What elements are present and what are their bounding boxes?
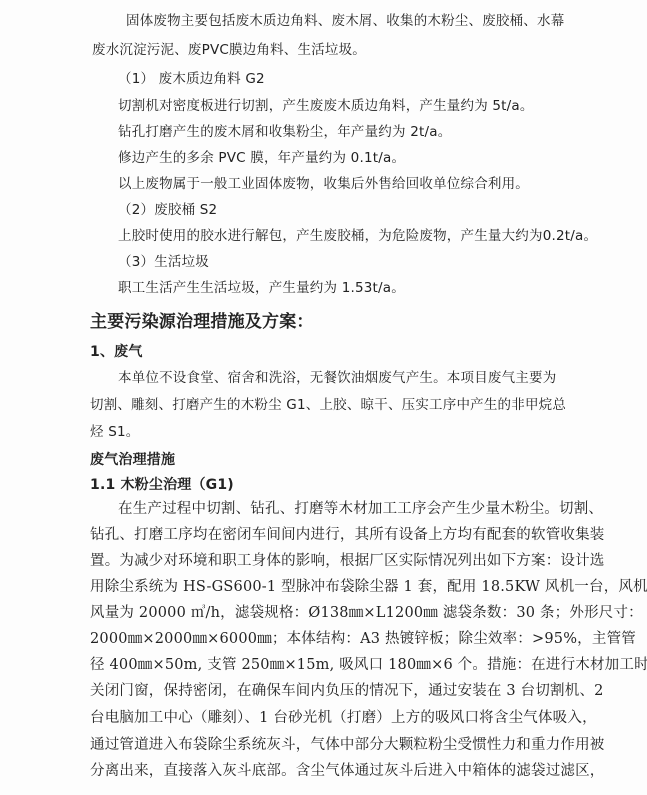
- measure1-line-11: 分离出来，直接落入灰斗底部。含尘气体通过灰斗后进入中箱体的滤袋过滤区，: [90, 762, 605, 780]
- measure1-line-5: 风量为 20000 ㎥/h，滤袋规格：Ø138㎜×L1200㎜ 滤袋条数：30 …: [90, 604, 643, 622]
- measure1-line-4: 用除尘系统为 HS-GS600-1 型脉冲布袋除尘器 1 套，配用 18.5KW…: [90, 578, 647, 596]
- measure1-line-10: 通过管道进入布袋除尘系统灰斗，气体中部分大颗粒粉尘受惯性力和重力作用被: [90, 736, 605, 754]
- item3-title: （3）生活垃圾: [118, 253, 209, 271]
- measure1-line-3: 置。为减少对环境和职工身体的影响，根据厂区实际情况列出如下方案：设计选: [90, 552, 605, 570]
- measure1-line-9: 台电脑加工中心（雕刻）、1 台砂光机（打磨）上方的吸风口将含尘气体吸入，: [90, 709, 597, 727]
- measure1-line-8: 关闭门窗，保持密闭，在确保车间内负压的情况下，通过安装在 3 台切割机、2: [90, 682, 604, 700]
- subsection1-line-2: 切割、雕刻、打磨产生的木粉尘 G1、上胶、晾干、压实工序中产生的非甲烷总: [90, 396, 566, 414]
- subsection1-line-3: 烃 S1。: [90, 423, 139, 441]
- subsection1-line-1: 本单位不设食堂、宿舍和洗浴，无餐饮油烟废气产生。本项目废气主要为: [118, 369, 556, 387]
- section-title: 主要污染源治理措施及方案：: [90, 313, 314, 331]
- measure1-title: 1.1 木粉尘治理（G1): [90, 476, 234, 494]
- item1-title: （1） 废木质边角料 G2: [118, 70, 265, 88]
- item1-line-4: 以上废物属于一般工业固体废物，收集后外售给回收单位综合利用。: [118, 175, 529, 193]
- intro-line-2: 废水沉淀污泥、废PVC膜边角料、生活垃圾。: [92, 41, 366, 59]
- measure1-line-1: 在生产过程中切割、钻孔、打磨等木材加工工序会产生少量木粉尘。切割、: [118, 500, 603, 518]
- subsection1-title: 1、废气: [90, 343, 143, 361]
- item2-title: （2）废胶桶 S2: [118, 201, 217, 219]
- intro-line-1: 固体废物主要包括废木质边角料、废木屑、收集的木粉尘、废胶桶、水幕: [126, 12, 564, 30]
- measure1-line-7: 径 400㎜×50m, 支管 250㎜×15m, 吸风口 180㎜×6 个。措施…: [90, 656, 647, 674]
- measures-title: 废气治理措施: [90, 451, 175, 469]
- measure1-line-2: 钻孔、打磨工序均在密闭车间间内进行，其所有设备上方均有配套的软管收集装: [90, 526, 605, 544]
- item1-line-3: 修边产生的多余 PVC 膜，年产量约为 0.1t/a。: [118, 149, 405, 167]
- measure1-line-6: 2000㎜×2000㎜×6000㎜；本体结构：A3 热镀锌板；除尘效率：>95%…: [90, 630, 636, 648]
- item1-line-2: 钻孔打磨产生的废木屑和收集粉尘，年产量约为 2t/a。: [118, 123, 451, 141]
- item1-line-1: 切割机对密度板进行切割，产生废废木质边角料，产生量约为 5t/a。: [118, 97, 534, 115]
- document-page: 固体废物主要包括废木质边角料、废木屑、收集的木粉尘、废胶桶、水幕 废水沉淀污泥、…: [0, 0, 647, 795]
- item3-line-1: 职工生活产生生活垃圾，产生量约为 1.53t/a。: [118, 279, 405, 297]
- item2-line-1: 上胶时使用的胶水进行解包，产生废胶桶，为危险废物，产生量大约为0.2t/a。: [118, 227, 597, 245]
